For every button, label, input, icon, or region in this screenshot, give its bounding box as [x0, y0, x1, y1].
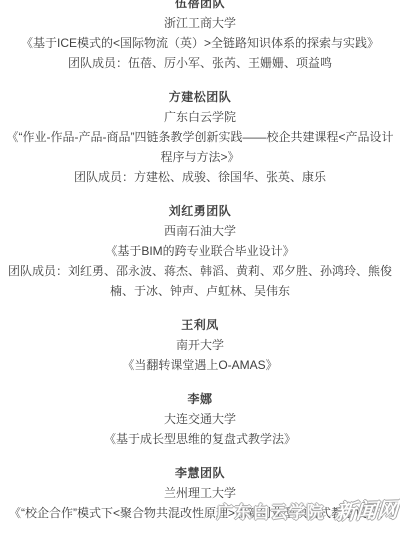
article-body: 伍蓓团队 浙江工商大学 《基于ICE模式的<国际物流（英）>全链路知识体系的探索…	[0, 0, 400, 523]
team-name: 刘红勇团队	[6, 201, 394, 221]
team-members: 团队成员：刘红勇、邵永波、蒋杰、韩滔、黄莉、邓夕胜、孙鸿玲、熊俊楠、于冰、钟声、…	[6, 261, 394, 301]
university-name: 兰州理工大学	[6, 483, 394, 503]
work-title: 《基于成长型思维的复盘式教学法》	[6, 429, 394, 449]
team-section: 刘红勇团队 西南石油大学 《基于BIM的跨专业联合毕业设计》 团队成员：刘红勇、…	[6, 201, 394, 301]
work-title: 《当翻转课堂遇上O-AMAS》	[6, 355, 394, 375]
work-title: 《“作业-作品-产品-商品”四链条教学创新实践——校企共建课程<产品设计程序与方…	[6, 127, 394, 167]
university-name: 浙江工商大学	[6, 13, 394, 33]
university-name: 西南石油大学	[6, 221, 394, 241]
work-title: 《基于ICE模式的<国际物流（英）>全链路知识体系的探索与实践》	[6, 33, 394, 53]
team-section: 李娜 大连交通大学 《基于成长型思维的复盘式教学法》	[6, 389, 394, 449]
team-section: 李慧团队 兰州理工大学 《“校企合作”模式下<聚合物共混改性原理>创新创业型项目…	[6, 463, 394, 523]
university-name: 大连交通大学	[6, 409, 394, 429]
team-members: 团队成员：伍蓓、厉小军、张芮、王姗姗、项益鸣	[6, 53, 394, 73]
team-members: 团队成员：方建松、成骏、徐国华、张英、康乐	[6, 167, 394, 187]
team-section: 方建松团队 广东白云学院 《“作业-作品-产品-商品”四链条教学创新实践——校企…	[6, 87, 394, 187]
team-name: 李娜	[6, 389, 394, 409]
university-name: 南开大学	[6, 335, 394, 355]
work-title: 《基于BIM的跨专业联合毕业设计》	[6, 241, 394, 261]
team-name: 王利凤	[6, 315, 394, 335]
team-name: 方建松团队	[6, 87, 394, 107]
team-section: 王利凤 南开大学 《当翻转课堂遇上O-AMAS》	[6, 315, 394, 375]
work-title: 《“校企合作”模式下<聚合物共混改性原理>创新创业型项目式教学设计》	[6, 503, 394, 523]
university-name: 广东白云学院	[6, 107, 394, 127]
team-name: 李慧团队	[6, 463, 394, 483]
team-section: 伍蓓团队 浙江工商大学 《基于ICE模式的<国际物流（英）>全链路知识体系的探索…	[6, 0, 394, 73]
team-name: 伍蓓团队	[6, 0, 394, 13]
